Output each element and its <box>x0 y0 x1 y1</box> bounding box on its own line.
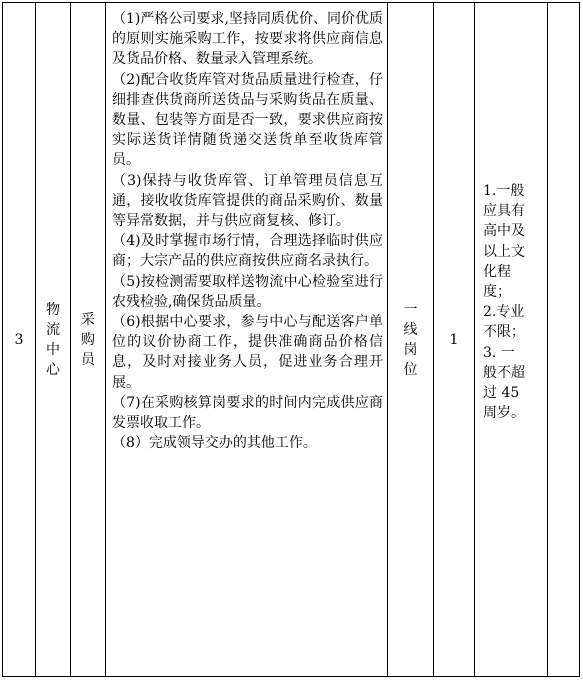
duty-item: （6)根据中心要求，参与中心与配送客户单位的议价协商工作，提供准确商品价格信息，… <box>112 312 383 393</box>
cell-category: 一 线 岗 位 <box>387 3 433 676</box>
duty-item: （1)严格公司要求,坚持同质优价、同价优质的原则实施采购工作，按要求将供应商信息… <box>112 9 383 70</box>
requirements-text: 1.一般 应具有 高中及 以上文 化程 度； 2.专业 不限； 3. 一 般不超… <box>483 181 541 423</box>
cell-duties: （1)严格公司要求,坚持同质优价、同价优质的原则实施采购工作，按要求将供应商信息… <box>105 3 387 676</box>
cell-index: 3 <box>3 3 35 676</box>
duty-item: （5)按检测需要取样送物流中心检验室进行农残检验,确保货品质量。 <box>112 272 383 312</box>
duty-item: （7)在采购核算岗要求的时间内完成供应商发票收取工作。 <box>112 393 383 433</box>
job-table: 3 物 流 中 心 采 购 员 （1)严格公司要求,坚持同质优价、同价优质的原则… <box>2 2 580 677</box>
cell-position: 采 购 员 <box>70 3 105 676</box>
cell-headcount: 1 <box>433 3 474 676</box>
position-category: 一 线 岗 位 <box>404 300 418 380</box>
row-index: 3 <box>15 332 24 348</box>
headcount-value: 1 <box>450 332 459 348</box>
duty-item: （3)保持与收货库管、订单管理员信息互通，接收收货库管提供的商品采购价、数量等异… <box>112 171 383 232</box>
cell-requirements: 1.一般 应具有 高中及 以上文 化程 度； 2.专业 不限； 3. 一 般不超… <box>474 3 547 676</box>
position-name: 采 购 员 <box>81 310 95 370</box>
duty-item: （8）完成领导交办的其他工作。 <box>112 433 383 453</box>
department-name: 物 流 中 心 <box>46 300 60 380</box>
cell-remarks <box>547 3 579 676</box>
cell-department: 物 流 中 心 <box>35 3 70 676</box>
duties-list: （1)严格公司要求,坚持同质优价、同价优质的原则实施采购工作，按要求将供应商信息… <box>112 9 383 453</box>
duty-item: （2)配合收货库管对货品质量进行检查，仔细排查供货商所送货品与采购货品在质量、数… <box>112 70 383 171</box>
duty-item: （4)及时掌握市场行情，合理选择临时供应商；大宗产品的供应商按供应商名录执行。 <box>112 231 383 271</box>
